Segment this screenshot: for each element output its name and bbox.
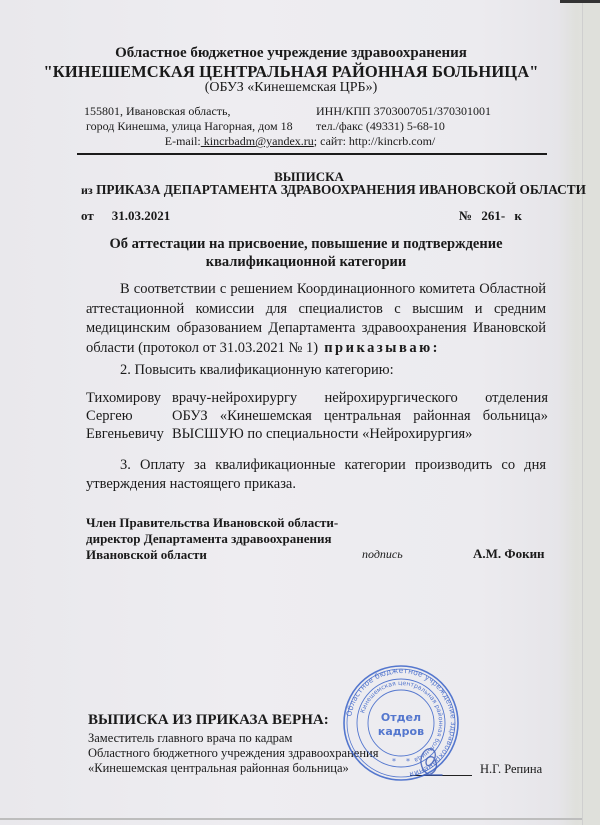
item-3-paragraph: 3. Оплату за квалификационные категории … [86, 456, 546, 494]
order-word: приказываю: [318, 340, 440, 356]
contact-line: E-mail: kincrbadm@yandex.ru; сайт: http:… [0, 134, 582, 149]
number-value: 261- [481, 208, 505, 223]
scan-edge [560, 0, 600, 3]
number-label: № [459, 208, 472, 223]
person-desc-line: ОБУЗ «Кинешемская центральная районная б… [172, 407, 548, 425]
certification-title: ВЫПИСКА ИЗ ПРИКАЗА ВЕРНА: [88, 712, 329, 729]
person-desc-line: ВЫСШУЮ по специальности «Нейрохирургия» [172, 425, 548, 443]
date-label: от [81, 208, 94, 223]
certifier-name: Н.Г. Репина [480, 762, 542, 777]
item-2-heading: 2. Повысить квалификационную категорию: [120, 362, 394, 379]
person-name-line: Евгеньевичу [86, 425, 172, 443]
site-text: ; сайт: http://kincrb.com/ [314, 134, 435, 148]
table-row: Сергею ОБУЗ «Кинешемская центральная рай… [86, 407, 548, 425]
table-row: Евгеньевичу ВЫСШУЮ по специальности «Ней… [86, 425, 548, 443]
handwritten-signature-icon [414, 744, 444, 778]
certifier-org-line2: «Кинешемская центральная районная больни… [88, 761, 349, 776]
email-link[interactable]: kincrbadm@yandex.ru [201, 134, 314, 148]
table-row: Тихомирову врачу-нейрохирургу нейрохирур… [86, 389, 548, 407]
svg-text:Отдел: Отдел [381, 711, 421, 724]
subject-line2: квалификационной категории [0, 254, 582, 271]
signer-position-line: Ивановской области [86, 547, 386, 563]
certifier-org-line1: Областного бюджетного учреждения здравоо… [88, 746, 374, 761]
extract-subtitle-prefix: из [81, 183, 93, 197]
order-date: от31.03.2021 [81, 208, 170, 224]
svg-text:кадров: кадров [378, 725, 424, 738]
order-number: № 261- к [459, 208, 522, 224]
signer-position-line: Член Правительства Ивановской области- [86, 515, 386, 531]
extract-subtitle: из ПРИКАЗА ДЕПАРТАМЕНТА ЗДРАВООХРАНЕНИЯ … [81, 182, 586, 198]
signer-position-line: директор Департамента здравоохранения [86, 531, 386, 547]
signer-position: Член Правительства Ивановской области- д… [86, 515, 386, 563]
person-name-line: Сергею [86, 407, 172, 425]
scan-edge-bottom [0, 818, 582, 820]
person-table: Тихомирову врачу-нейрохирургу нейрохирур… [86, 389, 548, 443]
org-short-name: (ОБУЗ «Кинешемская ЦРБ») [0, 80, 582, 96]
person-name-line: Тихомирову [86, 389, 172, 407]
item-3-text: 3. Оплату за квалификационные категории … [86, 457, 546, 492]
address-line1: 155801, Ивановская область, [84, 104, 231, 119]
letterhead-divider [77, 153, 547, 155]
org-name-line1: Областное бюджетное учреждение здравоохр… [0, 45, 582, 62]
email-label: E-mail: [165, 134, 201, 148]
subject-line1: Об аттестации на присвоение, повышение и… [0, 236, 582, 253]
address-line2: город Кинешма, улица Нагорная, дом 18 [86, 119, 293, 134]
document-page: Областное бюджетное учреждение здравоохр… [0, 0, 600, 825]
phone-fax: тел./факс (49331) 5-68-10 [316, 119, 445, 134]
extract-subtitle-text: ПРИКАЗА ДЕПАРТАМЕНТА ЗДРАВООХРАНЕНИЯ ИВА… [96, 182, 586, 197]
paper-edge [582, 0, 600, 825]
date-value: 31.03.2021 [112, 208, 171, 223]
number-suffix: к [514, 208, 522, 223]
org-name-line2: "КИНЕШЕМСКАЯ ЦЕНТРАЛЬНАЯ РАЙОННАЯ БОЛЬНИ… [0, 62, 582, 82]
inn-kpp: ИНН/КПП 3703007051/370301001 [316, 104, 491, 119]
svg-text:*: * [392, 757, 396, 766]
signer-name: А.М. Фокин [473, 546, 545, 562]
person-desc-line: врачу-нейрохирургу нейрохирургического о… [172, 389, 548, 407]
preamble-text: В соответствии с решением Координационно… [86, 281, 546, 356]
signature-placeholder: подпись [362, 547, 403, 562]
svg-text:*: * [406, 757, 410, 766]
preamble-paragraph: В соответствии с решением Координационно… [86, 280, 546, 358]
certifier-position: Заместитель главного врача по кадрам [88, 731, 292, 746]
